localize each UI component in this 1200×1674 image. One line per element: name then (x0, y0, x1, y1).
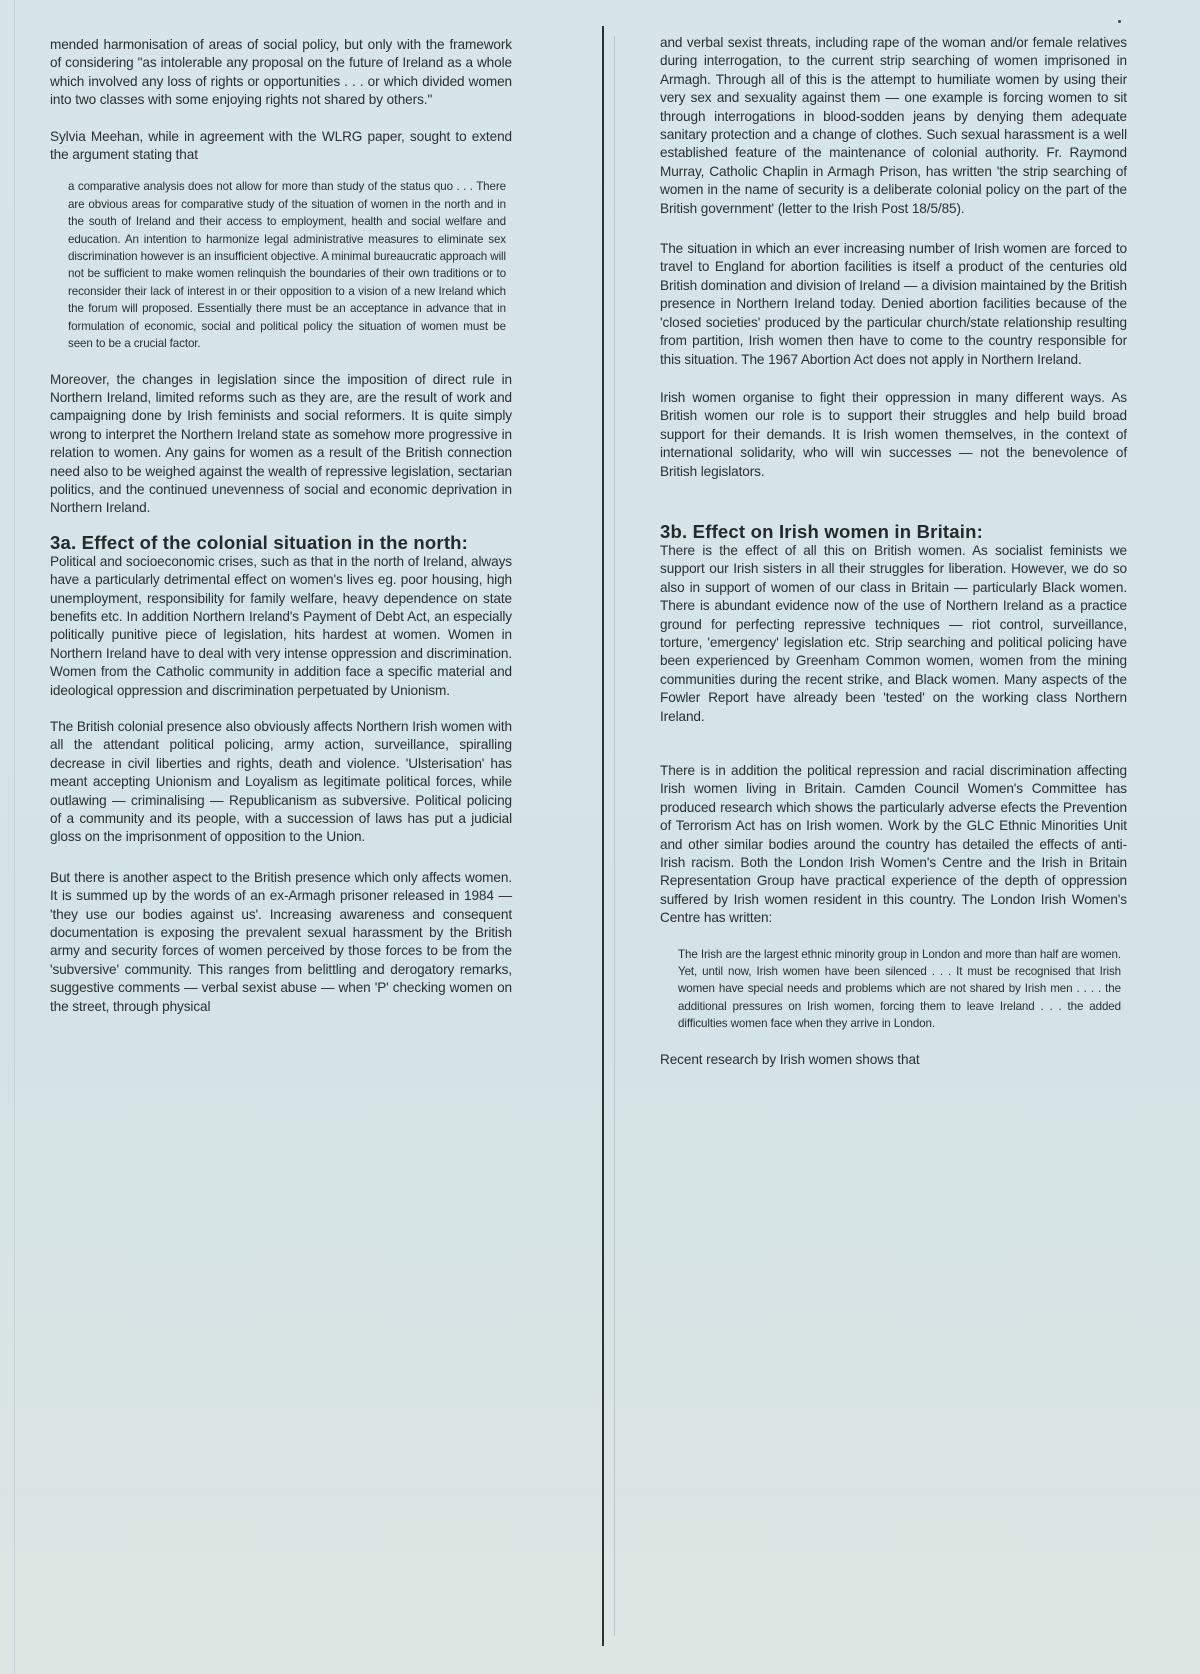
print-speck (1118, 20, 1121, 23)
column-divider-faint (614, 36, 615, 1636)
paragraph: and verbal sexist threats, including rap… (660, 34, 1127, 218)
paragraph: Political and socioeconomic crises, such… (50, 553, 512, 700)
paragraph: Irish women organise to fight their oppr… (660, 389, 1127, 481)
paragraph: The situation in which an ever increasin… (660, 240, 1127, 369)
paragraph: But there is another aspect to the Briti… (50, 869, 512, 1016)
paragraph: Recent research by Irish women shows tha… (660, 1051, 1127, 1069)
paragraph: Moreover, the changes in legislation sin… (50, 371, 512, 518)
paragraph: There is in addition the political repre… (660, 762, 1127, 928)
right-column: and verbal sexist threats, including rap… (660, 34, 1127, 1087)
paragraph: There is the effect of all this on Briti… (660, 542, 1127, 726)
document-page: mended harmonisation of areas of social … (0, 0, 1200, 1674)
column-divider (602, 26, 604, 1646)
paragraph: Sylvia Meehan, while in agreement with t… (50, 128, 512, 165)
section-heading-3a: 3a. Effect of the colonial situation in … (50, 532, 512, 553)
paragraph: The British colonial presence also obvio… (50, 718, 512, 847)
paragraph: mended harmonisation of areas of social … (50, 36, 512, 110)
page-edge (14, 0, 15, 1674)
left-column: mended harmonisation of areas of social … (50, 36, 512, 1034)
section-heading-3b: 3b. Effect on Irish women in Britain: (660, 521, 1127, 542)
block-quote: a comparative analysis does not allow fo… (68, 178, 506, 352)
block-quote: The Irish are the largest ethnic minorit… (678, 946, 1121, 1033)
